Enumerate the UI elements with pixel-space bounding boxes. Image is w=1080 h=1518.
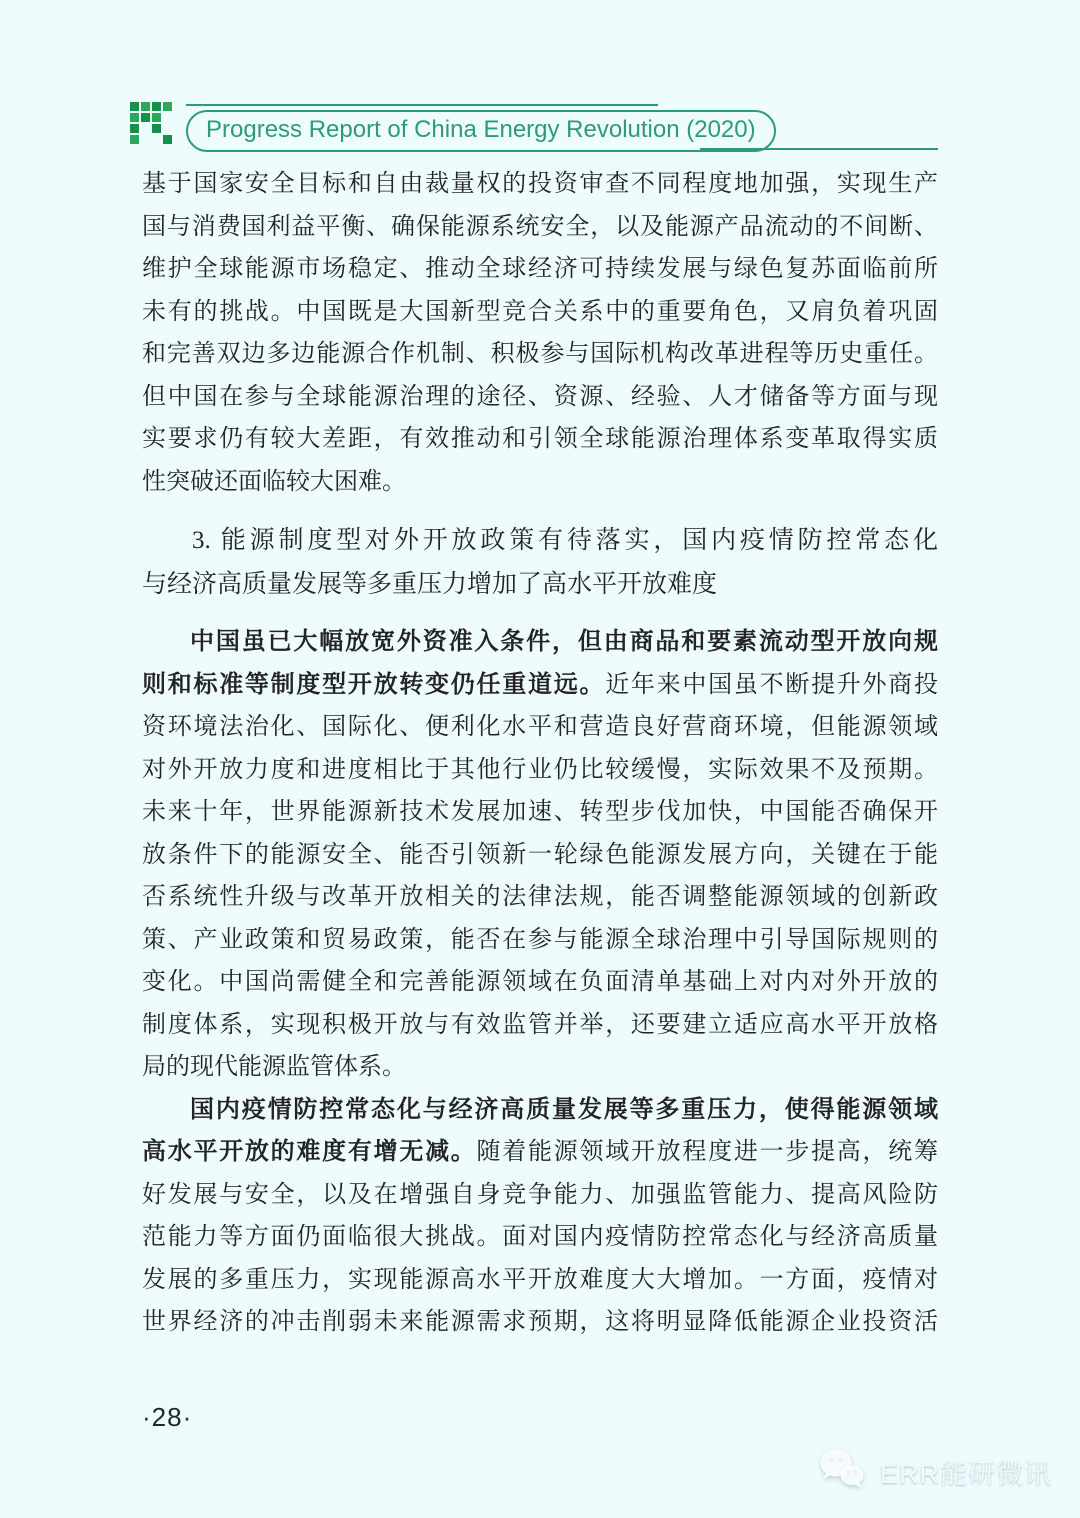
regular-text: 性突破还面临较大困难。 — [142, 469, 406, 495]
text-line: 发展的多重压力，实现能源高水平开放难度大大增加。一方面，疫情对 — [142, 1259, 938, 1302]
text-line: 国内疫情防控常态化与经济高质量发展等多重压力，使得能源领域 — [142, 1089, 938, 1132]
regular-text: 近年来中国虽不断提升外商投 — [605, 672, 938, 698]
paragraph: 基于国家安全目标和自由裁量权的投资审查不同程度地加强，实现生产国与消费国利益平衡… — [142, 163, 938, 503]
regular-text: 未有的挑战。中国既是大国新型竞合关系中的重要角色，又肩负着巩固 — [142, 299, 938, 325]
regular-text: 国与消费国利益平衡、确保能源系统安全，以及能源产品流动的不间断、 — [142, 214, 938, 240]
text-line: 对外开放力度和进度相比于其他行业仍比较缓慢，实际效果不及预期。 — [142, 749, 938, 792]
text-line: 好发展与安全，以及在增强自身竞争能力、加强监管能力、提高风险防 — [142, 1174, 938, 1217]
header-top-rule — [186, 104, 658, 106]
regular-text: 实要求仍有较大差距，有效推动和引领全球能源治理体系变革取得实质 — [142, 426, 938, 452]
header-bottom-rule — [700, 148, 938, 150]
text-line: 高水平开放的难度有增无减。随着能源领域开放程度进一步提高，统筹 — [142, 1131, 938, 1174]
text-line: 维护全球能源市场稳定、推动全球经济可持续发展与绿色复苏面临前所 — [142, 248, 938, 291]
regular-text: 3. 能源制度型对外开放政策有待落实，国内疫情防控常态化 — [192, 527, 938, 554]
report-title: Progress Report of China Energy Revoluti… — [206, 116, 756, 143]
regular-text: 维护全球能源市场稳定、推动全球经济可持续发展与绿色复苏面临前所 — [142, 256, 938, 282]
regular-text: 未来十年，世界能源新技术发展加速、转型步伐加快，中国能否确保开 — [142, 799, 938, 825]
text-line: 放条件下的能源安全、能否引领新一轮绿色能源发展方向，关键在于能 — [142, 834, 938, 877]
text-line: 资环境法治化、国际化、便利化水平和营造良好营商环境，但能源领域 — [142, 706, 938, 749]
text-line: 国与消费国利益平衡、确保能源系统安全，以及能源产品流动的不间断、 — [142, 206, 938, 249]
regular-text: 世界经济的冲击削弱未来能源需求预期，这将明显降低能源企业投资活 — [142, 1309, 938, 1335]
logo-cell — [130, 113, 139, 122]
text-line: 则和标准等制度型开放转变仍任重道远。近年来中国虽不断提升外商投 — [142, 664, 938, 707]
regular-text: 基于国家安全目标和自由裁量权的投资审查不同程度地加强，实现生产 — [142, 171, 938, 197]
logo-cell — [130, 102, 139, 111]
regular-text: 放条件下的能源安全、能否引领新一轮绿色能源发展方向，关键在于能 — [142, 842, 938, 868]
logo-cell — [163, 124, 172, 133]
watermark-label: ERR能研微讯 — [880, 1452, 1052, 1491]
logo-cell — [141, 102, 150, 111]
logo-cell — [152, 124, 161, 133]
publisher-watermark: ERR能研微讯 — [816, 1446, 1052, 1497]
bold-text: 高水平开放的难度有增无减。 — [142, 1139, 477, 1165]
text-line: 和完善双边多边能源合作机制、积极参与国际机构改革进程等历史重任。 — [142, 333, 938, 376]
regular-text: 好发展与安全，以及在增强自身竞争能力、加强监管能力、提高风险防 — [142, 1182, 938, 1208]
text-line: 范能力等方面仍面临很大挑战。面对国内疫情防控常态化与经济高质量 — [142, 1216, 938, 1259]
bold-text: 中国虽已大幅放宽外资准入条件，但由商品和要素流动型开放向规 — [190, 629, 938, 655]
regular-text: 变化。中国尚需健全和完善能源领域在负面清单基础上对内对外开放的 — [142, 969, 938, 995]
text-line: 未来十年，世界能源新技术发展加速、转型步伐加快，中国能否确保开 — [142, 791, 938, 834]
regular-text: 资环境法治化、国际化、便利化水平和营造良好营商环境，但能源领域 — [142, 714, 938, 740]
text-line: 变化。中国尚需健全和完善能源领域在负面清单基础上对内对外开放的 — [142, 961, 938, 1004]
text-line: 未有的挑战。中国既是大国新型竞合关系中的重要角色，又肩负着巩固 — [142, 291, 938, 334]
bold-text: 国内疫情防控常态化与经济高质量发展等多重压力，使得能源领域 — [190, 1097, 938, 1123]
regular-text: 局的现代能源监管体系。 — [142, 1054, 406, 1080]
wechat-icon — [816, 1446, 870, 1497]
logo-cell — [152, 102, 161, 111]
text-line: 制度体系，实现积极开放与有效监管并举，还要建立适应高水平开放格 — [142, 1004, 938, 1047]
text-line: 实要求仍有较大差距，有效推动和引领全球能源治理体系变革取得实质 — [142, 418, 938, 461]
paragraph: 国内疫情防控常态化与经济高质量发展等多重压力，使得能源领域高水平开放的难度有增无… — [142, 1089, 938, 1344]
brand-logo — [130, 102, 172, 144]
regular-text: 对外开放力度和进度相比于其他行业仍比较缓慢，实际效果不及预期。 — [142, 757, 938, 783]
logo-cell — [130, 135, 139, 144]
regular-text: 策、产业政策和贸易政策，能否在参与能源全球治理中引导国际规则的 — [142, 927, 938, 953]
logo-cell — [163, 135, 172, 144]
logo-cell — [141, 124, 150, 133]
page-number: ·28· — [142, 1402, 192, 1433]
logo-cell — [141, 135, 150, 144]
regular-text: 但中国在参与全球能源治理的途径、资源、经验、人才储备等方面与现 — [142, 384, 938, 410]
document-page: Progress Report of China Energy Revoluti… — [0, 0, 1080, 1518]
text-line: 中国虽已大幅放宽外资准入条件，但由商品和要素流动型开放向规 — [142, 621, 938, 664]
regular-text: 范能力等方面仍面临很大挑战。面对国内疫情防控常态化与经济高质量 — [142, 1224, 938, 1250]
regular-text: 与经济高质量发展等多重压力增加了高水平开放难度 — [142, 571, 717, 598]
logo-cell — [141, 113, 150, 122]
text-line: 否系统性升级与改革开放相关的法律法规，能否调整能源领域的创新政 — [142, 876, 938, 919]
bold-text: 则和标准等制度型开放转变仍任重道远。 — [142, 672, 605, 698]
logo-cell — [130, 124, 139, 133]
text-line: 基于国家安全目标和自由裁量权的投资审查不同程度地加强，实现生产 — [142, 163, 938, 206]
text-line: 局的现代能源监管体系。 — [142, 1046, 938, 1089]
text-line: 3. 能源制度型对外开放政策有待落实，国内疫情防控常态化 — [142, 519, 938, 563]
text-line: 世界经济的冲击削弱未来能源需求预期，这将明显降低能源企业投资活 — [142, 1301, 938, 1344]
regular-text: 和完善双边多边能源合作机制、积极参与国际机构改革进程等历史重任。 — [142, 341, 938, 367]
logo-cell — [163, 102, 172, 111]
document-body: 基于国家安全目标和自由裁量权的投资审查不同程度地加强，实现生产国与消费国利益平衡… — [142, 163, 938, 1344]
text-line: 性突破还面临较大困难。 — [142, 461, 938, 504]
regular-text: 制度体系，实现积极开放与有效监管并举，还要建立适应高水平开放格 — [142, 1012, 938, 1038]
logo-cell — [152, 113, 161, 122]
header-title-pill: Progress Report of China Energy Revoluti… — [186, 110, 776, 152]
text-line: 策、产业政策和贸易政策，能否在参与能源全球治理中引导国际规则的 — [142, 919, 938, 962]
text-line: 但中国在参与全球能源治理的途径、资源、经验、人才储备等方面与现 — [142, 376, 938, 419]
regular-text: 随着能源领域开放程度进一步提高，统筹 — [477, 1139, 938, 1165]
regular-text: 发展的多重压力，实现能源高水平开放难度大大增加。一方面，疫情对 — [142, 1267, 938, 1293]
logo-cell — [163, 113, 172, 122]
section-heading: 3. 能源制度型对外开放政策有待落实，国内疫情防控常态化与经济高质量发展等多重压… — [142, 519, 938, 607]
paragraph: 中国虽已大幅放宽外资准入条件，但由商品和要素流动型开放向规则和标准等制度型开放转… — [142, 621, 938, 1089]
text-line: 与经济高质量发展等多重压力增加了高水平开放难度 — [142, 563, 938, 607]
regular-text: 否系统性升级与改革开放相关的法律法规，能否调整能源领域的创新政 — [142, 884, 938, 910]
logo-cell — [152, 135, 161, 144]
